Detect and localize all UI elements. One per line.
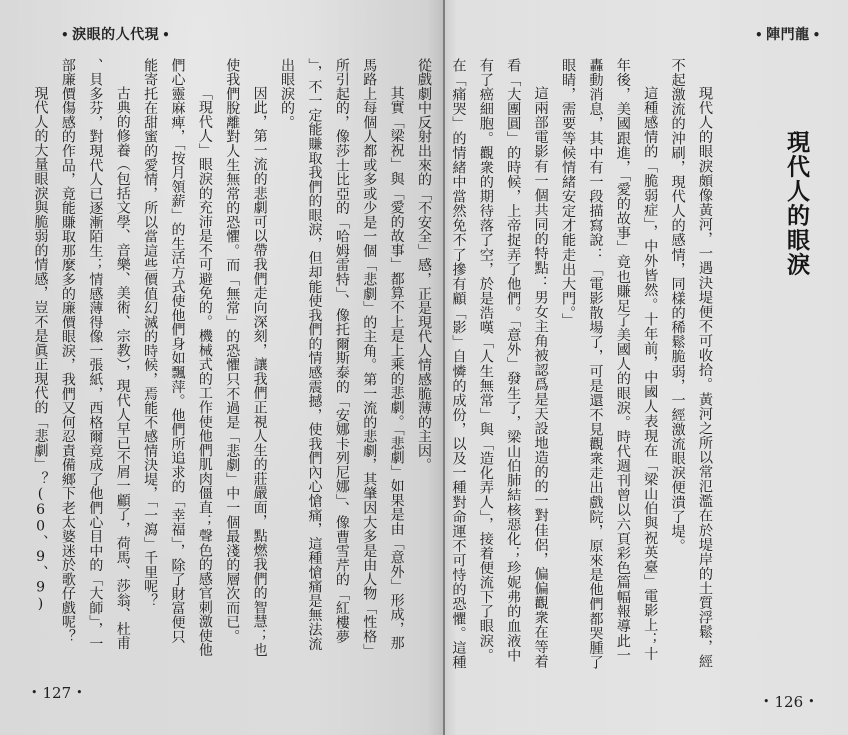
text-column: 使我們脫離對人生無常的恐懼。而「無常」的恐懼只不過是「悲劇」中一個最淺的層次而已… — [218, 58, 245, 658]
ornament-bullet-icon: • — [755, 28, 763, 42]
page-number-text: 127 — [43, 684, 72, 702]
text-column: 現代人的大量眼淚與脆弱的情感，豈不是眞正現代的「悲劇」？(60、9、9) — [26, 58, 53, 658]
text-column: 、貝多芬，對現代人已逐漸陌生；情感薄得像一張紙，西格爾竟成了他們心目中的「大師」… — [81, 58, 108, 658]
text-column: 出眼淚的。 — [273, 58, 300, 658]
body-text-right: 現代人的眼淚頗像黃河，一遇決堤便不可收拾。黃河之所以常氾濫在於堤岸的土質浮鬆，經… — [444, 58, 718, 670]
text-column: 其實「梁祝」與「愛的故事」都算不上是上乘的悲劇。「悲劇」如果是由「意外」形成，那 — [382, 58, 409, 658]
text-column: 因此，第一流的悲劇可以帶我們走向深刻，讓我們正視人生的莊嚴面，點燃我們的智慧；也 — [245, 58, 272, 658]
text-column: 看「大團圓」的時候，上帝捉弄了他們。「意外」發生了，梁山伯肺結核惡化；珍妮弗的血… — [499, 58, 526, 670]
text-column: 年後，美國跟進，「愛的故事」竟也賺足了美國人的眼淚。時代週刊曾以六頁彩色篇幅報導… — [608, 58, 635, 670]
text-column: 眼睛，需要等候情緒安定才能走出大門。」 — [554, 58, 581, 670]
ornament-bullet-icon: • — [813, 28, 821, 42]
page-127: •淚眼的人代現• 從戲劇中反射出來的「不安全」感，正是現代人情感脆薄的主因。 其… — [0, 0, 445, 735]
text-column: 從戲劇中反射出來的「不安全」感，正是現代人情感脆薄的主因。 — [410, 58, 437, 658]
text-column: 馬路上每個人都或多或少是一個「悲劇」的主角。第一流的悲劇，其肇因大多是由人物「性… — [355, 58, 382, 658]
text-column: 」，不一定能賺取我們的眼淚，但却能使我們的情感震撼，使我們內心愴痛，這種愴痛是無… — [300, 58, 327, 658]
text-column: 轟動消息，其中有一段描寫說：「電影散場了，可是還不見觀衆走出戲院，原來是他們都哭… — [581, 58, 608, 670]
text-column: 「現代人」眼淚的充沛是不可避免的。機械式的工作使他們肌肉僵直；聲色的感官刺激使他 — [190, 58, 217, 658]
text-column: 這兩部電影有一個共同的特點：男女主角被認爲是天設地造的的一對佳侶，偏偏觀衆在等着 — [526, 58, 553, 670]
page-number-text: 126 — [775, 693, 804, 711]
ornament-bullet-icon: • — [76, 686, 83, 699]
text-column: 能寄托在甜蜜的愛情，所以當這些價值幻滅的時候，焉能不感情決堤，「一瀉」千里呢？ — [136, 58, 163, 658]
body-text-left: 從戲劇中反射出來的「不安全」感，正是現代人情感脆薄的主因。 其實「梁祝」與「愛的… — [26, 58, 437, 658]
text-column: 不起激流的沖刷，現代人的感情，同樣的稀鬆脆弱，一經激流眼淚便潰了堤。 — [663, 58, 690, 670]
running-head-text: 陣門龍 — [766, 27, 810, 43]
running-head-left: •淚眼的人代現• — [58, 24, 173, 44]
text-column: 古典的修養（包括文學、音樂、美術、宗教），現代人早已不屑一顧了，荷馬、莎翁、杜甫 — [108, 58, 135, 658]
running-head-text: 淚眼的人代現 — [72, 27, 159, 43]
article-title: 現代人的眼淚 — [780, 130, 813, 277]
text-column: 這種感情的「脆弱症」，中外皆然。十年前，中國人表現在「梁山伯與祝英臺」電影上；十 — [636, 58, 663, 670]
page-number-left: •127• — [26, 684, 88, 702]
ornament-bullet-icon: • — [61, 28, 69, 42]
page-number-right: •126• — [758, 693, 820, 711]
text-column: 們心靈麻痺，「按月領薪」的生活方式使他們身如飄萍。他們所追求的「幸福」，除了財富… — [163, 58, 190, 658]
ornament-bullet-icon: • — [763, 695, 770, 708]
text-column: 在「痛哭」的情緒中當然免不了摻有顧「影」自憐的成份，以及一種對命運不可恃的恐懼。… — [444, 58, 471, 670]
ornament-bullet-icon: • — [31, 686, 38, 699]
text-column: 有了癌細胞。觀衆的期待落了空，於是浩嘆「人生無常」與「造化弄人」，接着便流下了眼… — [471, 58, 498, 670]
page-126: •陣門龍• 現代人的眼淚 現代人的眼淚頗像黃河，一遇決堤便不可收拾。黃河之所以常… — [445, 0, 848, 735]
text-column: 所引起的，像莎士比亞的「哈姆雷特」、像托爾斯泰的「安娜卡列尼娜」、像曹雪芹的「紅… — [327, 58, 354, 658]
text-column: 現代人的眼淚頗像黃河，一遇決堤便不可收拾。黃河之所以常氾濫在於堤岸的土質浮鬆，經 — [691, 58, 718, 670]
running-head-right: •陣門龍• — [752, 24, 824, 44]
ornament-bullet-icon: • — [162, 28, 170, 42]
text-column: 部廉價傷感的作品，竟能賺取那麼多的廉價眼淚，我們又何忍責備鄉下老太婆迷於歌仔戲呢… — [54, 58, 81, 658]
book-spread-scan: •淚眼的人代現• 從戲劇中反射出來的「不安全」感，正是現代人情感脆薄的主因。 其… — [0, 0, 848, 735]
ornament-bullet-icon: • — [808, 695, 815, 708]
